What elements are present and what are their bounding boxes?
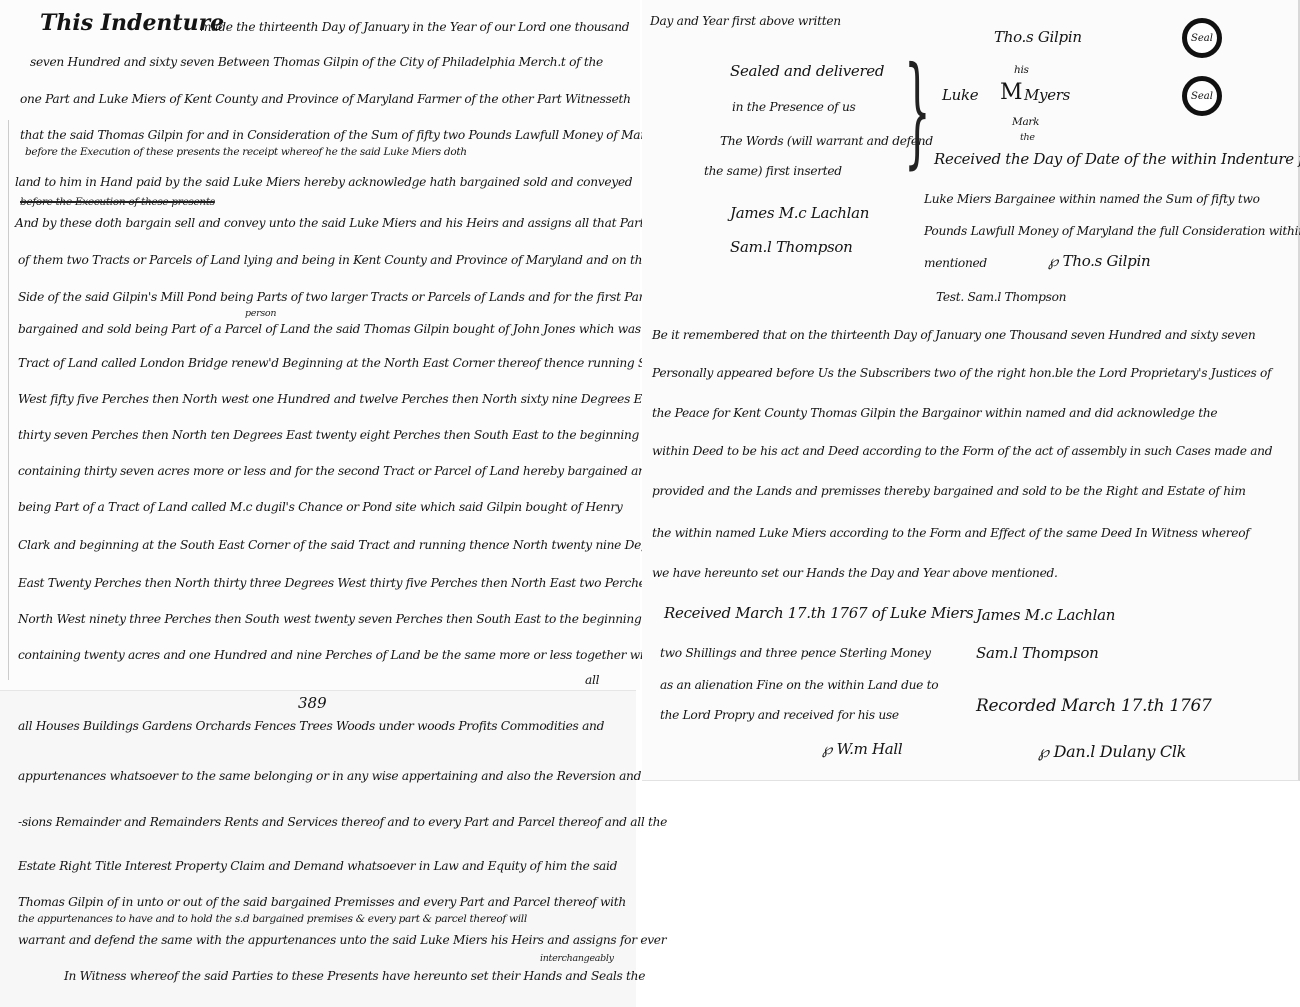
opening-line: Day and Year first above written <box>650 14 841 28</box>
acknowledgment-line: Be it remembered that on the thirteenth … <box>652 328 1255 342</box>
deed-line: -sions Remainder and Remainders Rents an… <box>18 815 667 829</box>
acknowledgment-line: within Deed to be his act and Deed accor… <box>652 444 1272 458</box>
page-number: 389 <box>298 694 327 712</box>
deed-line: containing twenty acres and one Hundred … <box>18 648 656 662</box>
acknowledgment-line: Personally appeared before Us the Subscr… <box>652 366 1271 380</box>
deed-line: Side of the said Gilpin's Mill Pond bein… <box>18 290 706 304</box>
mark-label: Mark <box>1012 116 1039 128</box>
deed-line: land to him in Hand paid by the said Luk… <box>15 175 632 189</box>
recorded-date: Recorded March 17.th 1767 <box>976 696 1212 716</box>
deed-line: Estate Right Title Interest Property Cla… <box>18 859 617 873</box>
grantee-surname: Myers <box>1024 86 1070 104</box>
deed-line: bargained and sold being Part of a Parce… <box>18 322 694 336</box>
deed-page-left-bottom: 389 all Houses Buildings Gardens Orchard… <box>0 690 636 1007</box>
receipt-interline: the <box>1020 132 1035 143</box>
deed-line: North West ninety three Perches then Sou… <box>18 612 641 626</box>
deed-page-right: Day and Year first above written Sealed … <box>642 0 1300 781</box>
alienation-receipt-line: Received March 17.th 1767 of Luke Miers <box>664 604 973 622</box>
mark-his: his <box>1014 64 1029 76</box>
acknowledgment-line: we have hereunto set our Hands the Day a… <box>652 566 1058 580</box>
deed-line: And by these doth bargain sell and conve… <box>15 216 644 230</box>
deed-line: thirty seven Perches then North ten Degr… <box>18 428 639 442</box>
grantee-mark: M <box>1000 80 1023 105</box>
deed-line: that the said Thomas Gilpin for and in C… <box>20 128 656 142</box>
deed-line: made the thirteenth Day of January in th… <box>200 20 590 34</box>
deed-line: West fifty five Perches then North west … <box>18 392 660 406</box>
deed-line: being Part of a Tract of Land called M.c… <box>18 500 622 514</box>
deed-line: Clark and beginning at the South East Co… <box>18 538 674 552</box>
brace-bracket: } <box>904 52 931 172</box>
deed-struck-line: before the Execution of these presents <box>20 196 215 208</box>
deed-line: appurtenances whatsoever to the same bel… <box>18 769 683 783</box>
acknowledgment-line: the within named Luke Miers according to… <box>652 526 1249 540</box>
grantee-first-name: Luke <box>942 86 978 104</box>
margin-rule <box>8 120 9 680</box>
deed-interline: person <box>245 308 276 319</box>
justice-signature: James M.c Lachlan <box>976 606 1115 624</box>
alienation-receipt-line: the Lord Propry and received for his use <box>660 708 899 722</box>
deed-line: Thomas Gilpin of in unto or out of the s… <box>18 895 626 909</box>
wax-seal-icon: Seal <box>1182 76 1222 116</box>
deed-line: Tract of Land called London Bridge renew… <box>18 356 673 370</box>
witness-signature: Sam.l Thompson <box>730 238 853 256</box>
clerk-signature: ℘ Dan.l Dulany Clk <box>1038 742 1186 761</box>
attestation-note: The Words (will warrant and defend <box>720 134 933 148</box>
deed-interline: the appurtenances to have and to hold th… <box>18 913 527 925</box>
deed-line: all Houses Buildings Gardens Orchards Fe… <box>18 719 604 733</box>
title-this-indenture: This Indenture <box>40 10 224 36</box>
receipt-line: Pounds Lawfull Money of Maryland the ful… <box>924 224 1300 238</box>
acknowledgment-line: provided and the Lands and premisses the… <box>652 484 1246 498</box>
receipt-signature: ℘ Tho.s Gilpin <box>1048 252 1150 270</box>
deed-line: seven Hundred and sixty seven Between Th… <box>30 55 603 69</box>
receipt-line: mentioned <box>924 256 987 270</box>
deed-line: of them two Tracts or Parcels of Land ly… <box>18 253 680 267</box>
alienation-receipt-line: as an alienation Fine on the within Land… <box>660 678 938 692</box>
deed-line-witness: In Witness whereof the said Parties to t… <box>64 969 645 983</box>
deed-line: warrant and defend the same with the app… <box>18 933 666 947</box>
acknowledgment-line: the Peace for Kent County Thomas Gilpin … <box>652 406 1217 420</box>
receipt-line: Luke Miers Bargainee within named the Su… <box>924 192 1260 206</box>
attestation-note: the same) first inserted <box>704 164 842 178</box>
receipt-line: Received the Day of Date of the within I… <box>934 150 1300 168</box>
seal-label: Seal <box>1191 33 1213 44</box>
catchword: all <box>585 673 599 687</box>
witness-signature: James M.c Lachlan <box>730 204 869 222</box>
alienation-receipt-line: two Shillings and three pence Sterling M… <box>660 646 931 660</box>
deed-interline: interchangeably <box>540 953 614 964</box>
deed-page-left-top: This Indenture made the thirteenth Day o… <box>0 0 640 690</box>
justice-signature: Sam.l Thompson <box>976 644 1099 662</box>
attestation-line: in the Presence of us <box>732 100 855 114</box>
wax-seal-icon: Seal <box>1182 18 1222 58</box>
attestation-line: Sealed and delivered <box>730 62 884 80</box>
alienation-signature: ℘ W.m Hall <box>822 740 902 758</box>
seal-label: Seal <box>1191 91 1213 102</box>
grantor-signature: Tho.s Gilpin <box>994 28 1082 46</box>
deed-line: one Part and Luke Miers of Kent County a… <box>20 92 631 106</box>
deed-interline: before the Execution of these presents t… <box>25 146 467 158</box>
receipt-witness: Test. Sam.l Thompson <box>936 290 1066 304</box>
deed-line: containing thirty seven acres more or le… <box>18 464 681 478</box>
deed-line: East Twenty Perches then North thirty th… <box>18 576 682 590</box>
